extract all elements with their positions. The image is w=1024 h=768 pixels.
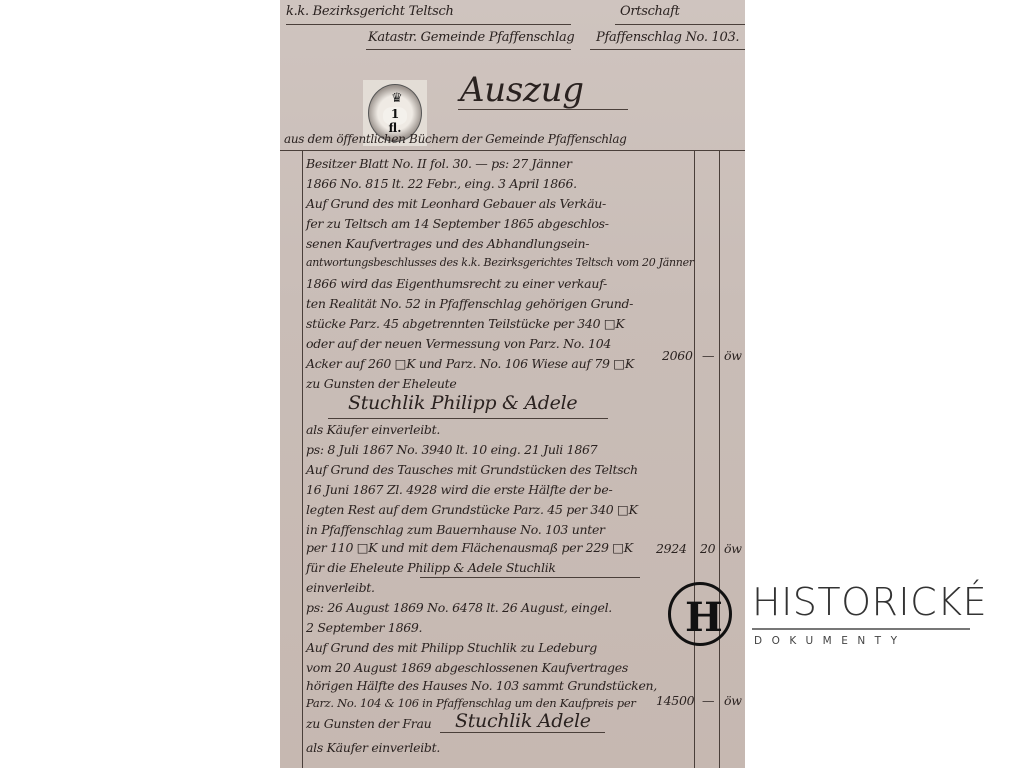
amount-value: 14500 (656, 693, 694, 708)
entry-line: zu Gunsten der Frau (306, 716, 431, 731)
header-rule (366, 49, 571, 50)
header-rule (615, 24, 745, 25)
logo-title: HISTORICKÉ (752, 580, 987, 624)
cents-value: 20 (700, 541, 715, 556)
entry-line: für die Eheleute Philipp & Adele Stuchli… (306, 560, 556, 575)
owner-names: Stuchlik Adele (455, 710, 591, 732)
currency-value: öw (724, 693, 742, 708)
entry-line: Acker auf 260 □K und Parz. No. 106 Wiese… (306, 356, 634, 371)
entry-line: senen Kaufvertrages und des Abhandlungse… (306, 236, 589, 251)
logo-divider (752, 628, 970, 630)
entry-line: vom 20 August 1869 abgeschlossenen Kaufv… (306, 660, 628, 675)
stamp-value: 1 fl. (383, 107, 407, 125)
owner-names: Stuchlik Philipp & Adele (348, 392, 577, 414)
amount-value: 2060 (662, 348, 693, 363)
entry-line: Auf Grund des mit Leonhard Gebauer als V… (306, 196, 606, 211)
names-underline (420, 577, 640, 578)
names-underline (440, 732, 605, 733)
entry-line: 1866 No. 815 lt. 22 Febr., eing. 3 April… (306, 176, 577, 191)
cents-column-rule (719, 150, 720, 768)
historicke-dokumenty-logo: H HISTORICKÉ DOKUMENTY (668, 578, 978, 650)
amount-column-rule (694, 150, 695, 768)
logo-subtitle: DOKUMENTY (754, 635, 907, 647)
currency-value: öw (724, 541, 742, 556)
entry-line: Besitzer Blatt No. II fol. 30. — ps: 27 … (306, 156, 572, 171)
document-page: k.k. Bezirksgericht Teltsch Katastr. Gem… (280, 0, 745, 768)
entry-line: 1866 wird das Eigenthumsrecht zu einer v… (306, 276, 607, 291)
cadastral-header: Katastr. Gemeinde Pfaffenschlag (368, 30, 574, 45)
margin-rule (302, 150, 303, 768)
header-rule (590, 49, 745, 50)
entry-line: einverleibt. (306, 580, 375, 595)
table-top-rule (280, 150, 745, 151)
entry-line: zu Gunsten der Eheleute (306, 376, 456, 391)
entry-line: ps: 8 Juli 1867 No. 3940 lt. 10 eing. 21… (306, 442, 597, 457)
entry-line: per 110 □K und mit dem Flächenausmaß per… (306, 540, 633, 555)
cents-value: — (702, 348, 714, 363)
entry-line: oder auf der neuen Vermessung von Parz. … (306, 336, 611, 351)
entry-line: ten Realität No. 52 in Pfaffenschlag geh… (306, 296, 633, 311)
cents-value: — (702, 693, 714, 708)
logo-monogram: H (685, 594, 723, 641)
entry-closing: als Käufer einverleibt. (306, 740, 440, 755)
entry-line: als Käufer einverleibt. (306, 422, 440, 437)
entry-line: ps: 26 August 1869 No. 6478 lt. 26 Augus… (306, 600, 612, 615)
header-rule (286, 24, 571, 25)
entry-line: 16 Juni 1867 Zl. 4928 wird die erste Häl… (306, 482, 612, 497)
entry-line: 2 September 1869. (306, 620, 422, 635)
locality-value: Pfaffenschlag No. 103. (596, 30, 739, 45)
names-underline (328, 418, 608, 419)
title-underline (458, 109, 628, 110)
court-header: k.k. Bezirksgericht Teltsch (286, 4, 454, 19)
document-title: Auszug (460, 70, 584, 110)
amount-value: 2924 (656, 541, 687, 556)
entry-line: hörigen Hälfte des Hauses No. 103 sammt … (306, 678, 657, 693)
logo-monogram-circle: H (668, 582, 732, 646)
currency-value: öw (724, 348, 742, 363)
entry-line: antwortungsbeschlusses des k.k. Bezirksg… (306, 256, 694, 269)
document-subtitle: aus dem öffentlichen Büchern der Gemeind… (284, 132, 627, 146)
entry-line: stücke Parz. 45 abgetrennten Teilstücke … (306, 316, 624, 331)
entry-line: Parz. No. 104 & 106 in Pfaffenschlag um … (306, 696, 636, 710)
entry-line: fer zu Teltsch am 14 September 1865 abge… (306, 216, 609, 231)
entry-line: Auf Grund des Tausches mit Grundstücken … (306, 462, 638, 477)
entry-line: in Pfaffenschlag zum Bauernhause No. 103… (306, 522, 605, 537)
entry-line: legten Rest auf dem Grundstücke Parz. 45… (306, 502, 638, 517)
entry-line: Auf Grund des mit Philipp Stuchlik zu Le… (306, 640, 597, 655)
eagle-icon: ♛ (391, 91, 403, 106)
locality-label: Ortschaft (620, 4, 680, 19)
